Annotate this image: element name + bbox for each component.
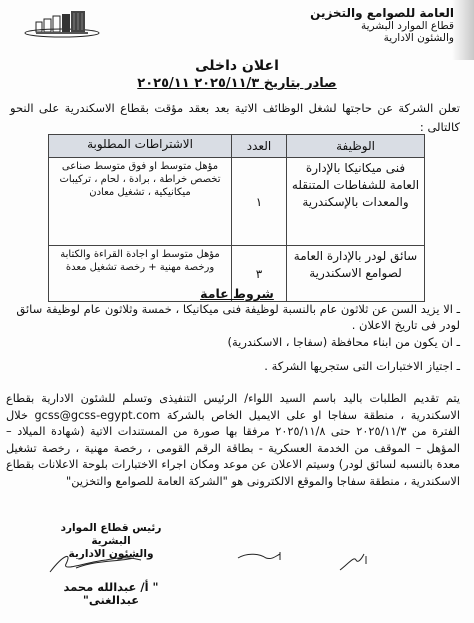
job-count-cell: ١ bbox=[232, 158, 287, 246]
initials-scribble-icon bbox=[236, 550, 286, 564]
organization-header: العامة للصوامع والتخزين قطاع الموارد الب… bbox=[264, 6, 454, 44]
issue-date: صادر بتاريخ ٢٠٢٥/١١/٣ ٢٠٢٥/١١ bbox=[0, 76, 474, 91]
general-conditions-title: شروط عامة bbox=[0, 286, 474, 301]
table-row: فنى ميكانيكا بالإدارة العامة للشفاطات ال… bbox=[49, 158, 425, 246]
condition-item: ـ ان يكون من ابناء محافظة (سفاجا ، الاسك… bbox=[12, 335, 460, 351]
header-job: الوظيفة bbox=[287, 135, 425, 158]
jobs-table: الوظيفة العدد الاشتراطات المطلوبة فنى مي… bbox=[48, 134, 425, 302]
application-instructions: يتم تقديم الطلبات باليد باسم السيد اللوا… bbox=[6, 391, 460, 490]
silos-building-logo-icon bbox=[22, 8, 104, 38]
job-title-cell: فنى ميكانيكا بالإدارة العامة للشفاطات ال… bbox=[287, 158, 425, 246]
scan-edge-shadow bbox=[452, 0, 474, 60]
org-sector: قطاع الموارد البشرية bbox=[264, 20, 454, 32]
job-requirements-cell: مؤهل متوسط او فوق متوسط صناعى تخصص خراطة… bbox=[49, 158, 232, 246]
table-header-row: الوظيفة العدد الاشتراطات المطلوبة bbox=[49, 135, 425, 158]
announcement-title: اعلان داخلى bbox=[0, 58, 474, 74]
org-name: العامة للصوامع والتخزين bbox=[264, 6, 454, 20]
intro-paragraph: تعلن الشركة عن حاجتها لشغل الوظائف الاتي… bbox=[10, 99, 460, 137]
header-count: العدد bbox=[232, 135, 287, 158]
signatory-name: " أ/ عبدالله محمد عبدالغنى" bbox=[46, 581, 176, 607]
initials-scribble-icon bbox=[338, 550, 370, 572]
signature-scribble-icon bbox=[46, 550, 146, 576]
signatory-title: رئيس قطاع الموارد البشرية bbox=[46, 522, 176, 548]
document-page: العامة للصوامع والتخزين قطاع الموارد الب… bbox=[0, 0, 474, 623]
general-conditions-list: ـ الا يزيد السن عن ثلاثون عام بالنسبة لو… bbox=[12, 302, 460, 376]
org-department: والشئون الادارية bbox=[264, 32, 454, 44]
condition-item: ـ الا يزيد السن عن ثلاثون عام بالنسبة لو… bbox=[12, 302, 460, 333]
header-requirements: الاشتراطات المطلوبة bbox=[49, 135, 232, 158]
condition-item: ـ اجتياز الاختبارات التى ستجريها الشركة … bbox=[12, 359, 460, 375]
